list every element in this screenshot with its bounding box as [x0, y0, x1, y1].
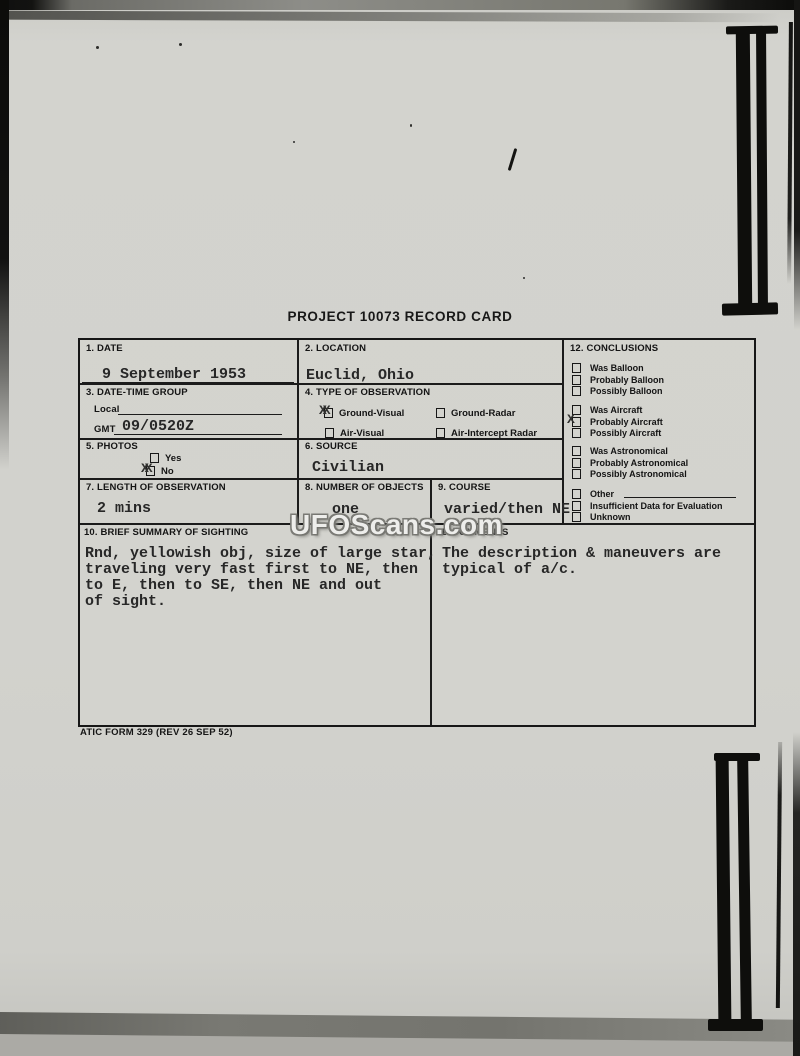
other-underline	[624, 489, 736, 498]
ground-visual-label: Ground-Visual	[339, 408, 404, 419]
checkbox-icon	[572, 446, 581, 456]
checkbox-icon	[572, 489, 581, 499]
conclusion-possibly-aircraft: Possibly Aircraft	[572, 428, 661, 439]
film-edge-right-top	[794, 0, 800, 330]
photos-yes-checkbox: Yes	[150, 453, 181, 464]
checkbox-icon: X	[572, 417, 581, 427]
checkbox-mark: XX	[319, 404, 327, 417]
type-of-observation-label: 4. TYPE OF OBSERVATION	[305, 388, 430, 399]
conclusion-was-aircraft: Was Aircraft	[572, 405, 642, 416]
conclusions-label: 12. CONCLUSIONS	[570, 344, 658, 355]
film-edge-left	[0, 0, 9, 470]
checkbox-icon	[572, 363, 581, 373]
checkbox-icon: XX	[324, 408, 333, 418]
conclusion-unknown: Unknown	[572, 512, 631, 523]
conclusion-possibly-astronomical: Possibly Astronomical	[572, 469, 687, 480]
checkbox-icon	[436, 408, 445, 418]
checkbox-mark: X	[567, 413, 571, 426]
scan-smudge-top	[0, 11, 780, 23]
air-visual-label: Air-Visual	[340, 428, 384, 439]
ground-radar-label: Ground-Radar	[451, 408, 515, 419]
gmt-label: GMT	[94, 425, 116, 436]
photos-yes-label: Yes	[165, 453, 181, 464]
photos-label: 5. PHOTOS	[86, 442, 138, 453]
conclusion-insufficient-data: Insufficient Data for Evaluation	[572, 501, 723, 512]
film-edge-top	[0, 0, 800, 10]
form-title: PROJECT 10073 RECORD CARD	[250, 310, 550, 324]
air-intercept-radar-checkbox: Air-Intercept Radar	[436, 428, 537, 439]
conclusion-probably-balloon: Probably Balloon	[572, 375, 664, 386]
source-label: 6. SOURCE	[305, 442, 358, 453]
checkbox-icon	[572, 501, 581, 511]
length-of-observation-value: 2 mins	[97, 501, 151, 517]
scan-speck	[293, 141, 295, 143]
conclusion-was-astronomical: Was Astronomical	[572, 446, 668, 457]
gmt-value: 09/0520Z	[122, 419, 194, 435]
number-of-objects-label: 8. NUMBER OF OBJECTS	[305, 483, 424, 494]
film-line-right-top	[787, 22, 793, 284]
conclusions-section: 12. CONCLUSIONS Was Balloon Probably Bal…	[562, 340, 754, 523]
film-line-right-bottom	[776, 742, 782, 1008]
grid-line	[297, 340, 299, 524]
checkbox-icon	[150, 453, 159, 463]
checkbox-icon: XX	[146, 466, 155, 476]
local-underline	[118, 400, 282, 415]
course-label: 9. COURSE	[438, 483, 491, 494]
location-label: 2. LOCATION	[305, 344, 366, 355]
film-edge-right-bottom	[793, 732, 800, 1056]
conclusion-probably-astronomical: Probably Astronomical	[572, 458, 688, 469]
ground-visual-checkbox: XX Ground-Visual	[324, 408, 404, 419]
checkbox-icon	[572, 458, 581, 468]
location-underline	[301, 365, 559, 384]
air-visual-checkbox: Air-Visual	[325, 428, 384, 439]
date-label: 1. DATE	[86, 344, 123, 355]
length-of-observation-label: 7. LENGTH OF OBSERVATION	[86, 483, 226, 494]
air-intercept-radar-label: Air-Intercept Radar	[451, 428, 537, 439]
conclusion-possibly-balloon: Possibly Balloon	[572, 386, 663, 397]
checkbox-icon	[572, 375, 581, 385]
comments-text: The description & maneuvers are typical …	[442, 546, 721, 578]
source-value: Civilian	[312, 460, 384, 476]
grid-line	[80, 478, 562, 480]
watermark: UFOScans.com	[290, 511, 503, 539]
form-number: ATIC FORM 329 (REV 26 SEP 52)	[80, 728, 233, 738]
checkbox-icon	[436, 428, 445, 438]
brief-summary-label: 10. BRIEF SUMMARY OF SIGHTING	[84, 528, 248, 539]
film-sprocket-mark-top	[728, 26, 778, 316]
conclusion-probably-aircraft: X Probably Aircraft	[572, 417, 663, 428]
scan-speck	[96, 46, 99, 49]
film-sprocket-mark-bottom	[711, 753, 761, 1031]
local-label: Local	[94, 405, 120, 416]
ink-stray-mark	[508, 148, 518, 171]
checkbox-icon	[572, 469, 581, 479]
ground-radar-checkbox: Ground-Radar	[436, 408, 515, 419]
scanned-page: PROJECT 10073 RECORD CARD 1. DATE 9 Sept…	[0, 0, 800, 1056]
checkbox-icon	[325, 428, 334, 438]
checkbox-icon	[572, 428, 581, 438]
scan-speck	[523, 277, 525, 279]
photos-no-label: No	[161, 466, 174, 477]
scan-speck	[410, 124, 412, 127]
date-underline	[82, 364, 294, 383]
brief-summary-text: Rnd, yellowish obj, size of large star, …	[85, 546, 455, 610]
checkbox-icon	[572, 386, 581, 396]
photos-no-checkbox: XX No	[146, 466, 174, 477]
checkbox-icon	[572, 405, 581, 415]
checkbox-mark: XX	[141, 462, 149, 475]
conclusion-other: Other	[572, 489, 736, 500]
conclusion-was-balloon: Was Balloon	[572, 363, 644, 374]
scan-speck	[179, 43, 182, 46]
checkbox-icon	[572, 512, 581, 522]
date-time-group-label: 3. DATE-TIME GROUP	[86, 388, 188, 399]
